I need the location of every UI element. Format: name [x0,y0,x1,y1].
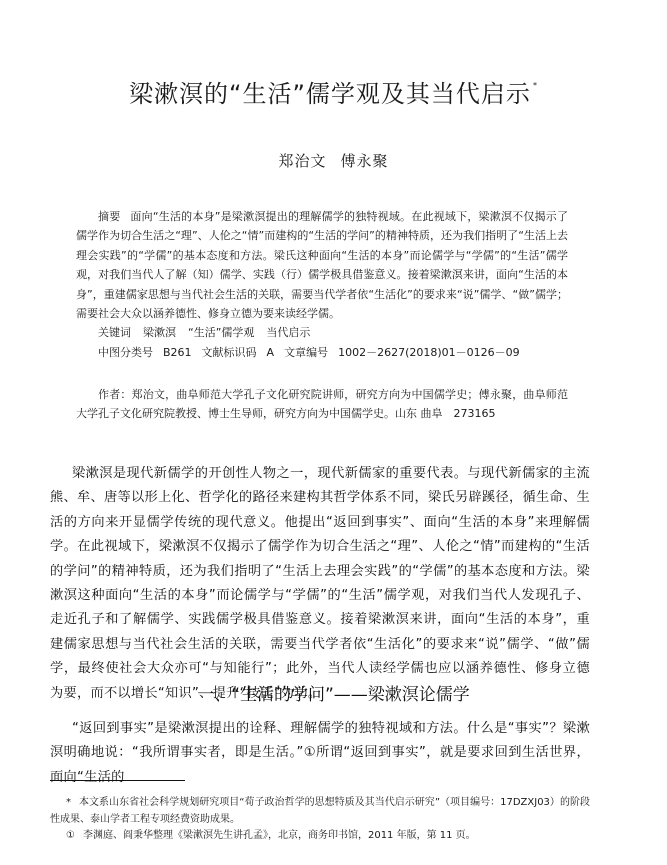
footnote: *本文系山东省社会科学规划研究项目“荀子政治哲学的思想特质及其当代启示研究”（项… [50,795,590,828]
author-name: 郑治文 [278,152,326,170]
keywords: 关键词梁漱溟“生活”儒学观当代启示 [76,323,568,342]
article-no-value: 1002－2627(2018)01－0126－09 [338,346,520,359]
footnote-text: 本文系山东省社会科学规划研究项目“荀子政治哲学的思想特质及其当代启示研究”（项目… [50,797,590,825]
author-name: 傅永聚 [341,152,389,170]
footnotes: *本文系山东省社会科学规划研究项目“荀子政治哲学的思想特质及其当代启示研究”（项… [50,795,590,845]
author-note: 作者：郑治文，曲阜师范大学孔子文化研究院讲师，研究方向为中国儒学史；傅永聚，曲阜… [76,385,568,424]
footnote-text: 李渊庭、阎秉华整理《梁漱溟先生讲孔孟》，北京，商务印书馆，2011 年版，第 1… [83,830,476,841]
title-footnote-mark[interactable]: * [533,81,538,90]
title-text: 梁漱溟的“生活”儒学观及其当代启示 [129,80,531,108]
doc-code-label: 文献标识码 [202,346,257,359]
section-heading: 一、“生活的学问”——梁漱溟论儒学 [0,680,667,705]
paper-title: 梁漱溟的“生活”儒学观及其当代启示* [0,74,667,109]
author-list: 郑治文傅永聚 [0,150,667,171]
footnote: ①李渊庭、阎秉华整理《梁漱溟先生讲孔孟》，北京，商务印书馆，2011 年版，第 … [50,828,590,845]
article-no-label: 文章编号 [284,346,328,359]
keywords-label: 关键词 [98,326,131,339]
keyword: 当代启示 [266,326,310,339]
footnote-mark: * [66,797,71,808]
intro-section: 梁漱溟是现代新儒学的开创性人物之一，现代新儒家的重要代表。与现代新儒家的主流熊、… [50,462,590,706]
abstract-block: 摘要面向“生活的本身”是梁漱溟提出的理解儒学的独特视域。在此视域下，梁漱溟不仅揭… [76,207,568,362]
keyword: “生活”儒学观 [188,326,254,339]
intro-paragraph: 梁漱溟是现代新儒学的开创性人物之一，现代新儒家的重要代表。与现代新儒家的主流熊、… [50,462,590,706]
abstract: 摘要面向“生活的本身”是梁漱溟提出的理解儒学的独特视域。在此视域下，梁漱溟不仅揭… [76,207,568,323]
clc-value: B261 [163,346,192,359]
author-note-block: 作者：郑治文，曲阜师范大学孔子文化研究院讲师，研究方向为中国儒学史；傅永聚，曲阜… [76,385,568,424]
abstract-label: 摘要 [98,210,120,223]
abstract-text: 面向“生活的本身”是梁漱溟提出的理解儒学的独特视域。在此视域下，梁漱溟不仅揭示了… [76,210,568,320]
footnote-mark: ① [66,830,75,841]
footnote-divider [50,780,185,781]
classification-info: 中图分类号B261文献标识码A文章编号1002－2627(2018)01－012… [76,343,568,362]
clc-label: 中图分类号 [98,346,153,359]
doc-code-value: A [267,346,275,359]
keyword: 梁漱溟 [143,326,176,339]
